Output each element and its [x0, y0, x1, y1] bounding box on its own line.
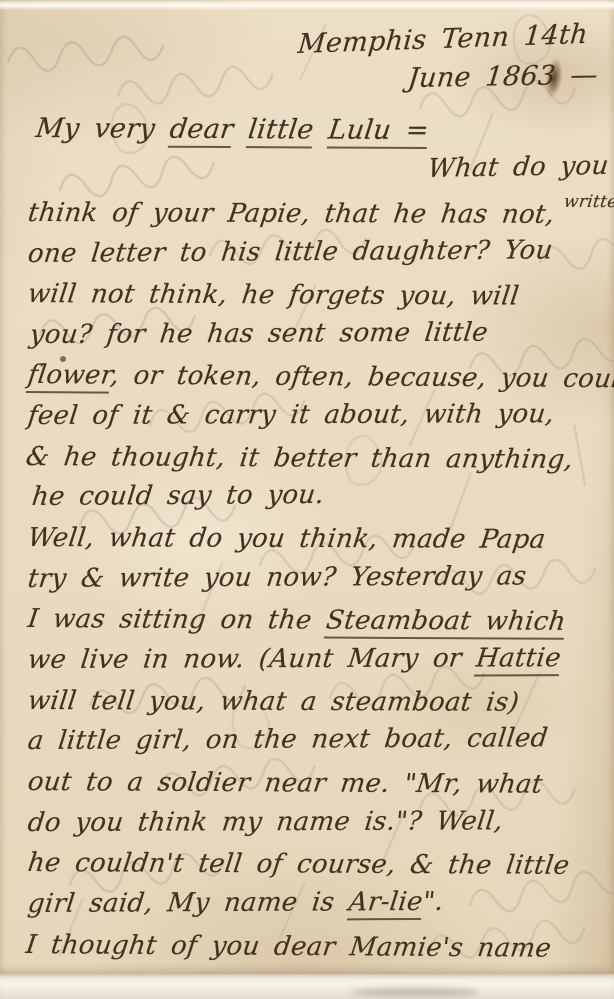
letter-line: one letter to his little daughter? You: [26, 233, 555, 271]
letter-line: will not think, he forgets you, will: [26, 277, 521, 314]
dateline-date: June 1863 —: [406, 59, 599, 96]
letter-line: out to a soldier near me. "Mr, what: [26, 765, 545, 802]
letter-line-segment-underlined: Hattie: [474, 643, 563, 676]
letter-line-segment-underlined: Lulu =: [326, 115, 431, 150]
letter-line: he couldn't tell of course, & the little: [26, 846, 572, 883]
letter-line: I was sitting on the Steamboat which: [26, 602, 568, 639]
letter-line: & he thought, it better than anything,: [24, 440, 575, 477]
inserted-word-superscript: written: [562, 185, 614, 219]
letter-line-segment-underlined: flower: [26, 360, 113, 394]
letter-line: I thought of you dear Mamie's name: [24, 928, 553, 966]
letter-line: do you think my name is."? Well,: [26, 804, 505, 840]
salutation-line: My very dear little Lulu =: [34, 112, 431, 148]
scanned-letter-page: Memphis Tenn 14th June 1863 — My very de…: [0, 0, 614, 999]
scan-edge-strip: [0, 974, 614, 999]
scan-edge-shadow: [350, 988, 480, 996]
letter-line-segment: My very: [34, 113, 172, 145]
letter-line: he could say to you.: [30, 478, 326, 514]
letter-line-segment: , or token, often, because, you could: [109, 361, 614, 395]
letter-line: think of your Papie, that he has not,wri…: [26, 196, 614, 235]
letter-line: a little girl, on the next boat, called: [26, 721, 550, 758]
letter-line-segment: girl said, My name is: [26, 887, 350, 919]
letter-line: you? for he has sent some little: [28, 316, 490, 352]
letter-line: flower, or token, often, because, you co…: [26, 358, 614, 396]
letter-line: feel of it & carry it about, with you,: [26, 397, 556, 433]
letter-line-segment: we live in now. (Aunt Mary or: [26, 643, 478, 675]
letter-line-segment: I was sitting on the: [26, 604, 328, 636]
letter-line: What do you: [426, 149, 610, 186]
letter-line-segment: think of your Papie, that he has not,: [26, 198, 556, 230]
letter-line: Well, what do you think, made Papa: [26, 521, 548, 557]
letter-line: girl said, My name is Ar-lie".: [26, 885, 446, 921]
letter-line: will tell you, what a steamboat is): [26, 684, 521, 720]
letter-line-segment-underlined: Ar-lie: [347, 887, 425, 920]
letter-paper: Memphis Tenn 14th June 1863 — My very de…: [0, 0, 614, 974]
letter-line: we live in now. (Aunt Mary or Hattie: [26, 641, 563, 677]
letter-line: try & write you now? Yesterday as: [26, 559, 528, 596]
letter-line-segment-underlined: dear: [168, 114, 236, 148]
letter-line-segment-underlined: Steamboat which: [324, 606, 568, 640]
letter-line-segment-underlined: little: [246, 114, 316, 148]
letter-line-segment: ".: [421, 887, 445, 917]
